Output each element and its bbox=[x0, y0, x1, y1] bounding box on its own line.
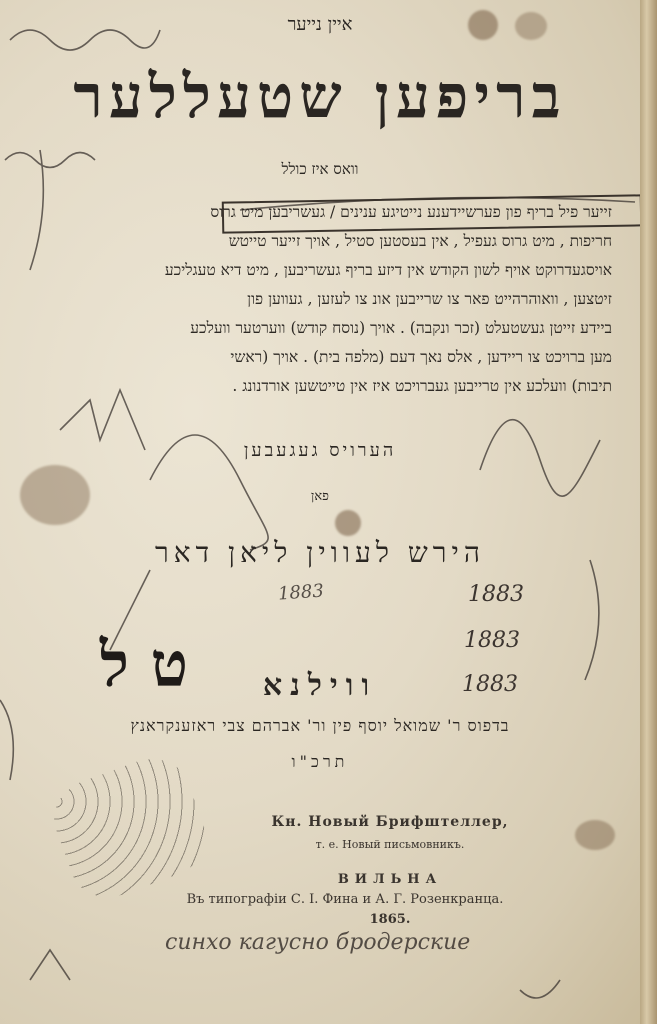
handwritten-year: 1883 bbox=[277, 580, 324, 604]
editor-label: הערויס געגעבען bbox=[0, 440, 640, 461]
header-small: איין נייער bbox=[0, 14, 640, 35]
handwritten-year: 1883 bbox=[464, 628, 520, 653]
russian-subtitle: т. е. Новый письмовникъ. bbox=[180, 838, 600, 851]
handwritten-cursive-russian: синхо кагусно бродерские bbox=[165, 930, 470, 955]
russian-press: Въ типографіи С. І. Фина и А. Г. Розенкр… bbox=[90, 892, 600, 907]
handwritten-year: 1883 bbox=[468, 582, 524, 607]
subtitle: וואס איז כולל bbox=[0, 160, 640, 179]
editor-prefix: פאן bbox=[0, 488, 640, 504]
author-name: הירש לעווין ליאן דאר bbox=[0, 536, 640, 570]
description-line: חריפות , מיט גרוס געפיל , אין בעסטען סטי… bbox=[28, 227, 612, 256]
russian-city: ВИЛЬНА bbox=[180, 872, 600, 887]
description-line: תיבות) וועלכע אין טרייבען געברויכט איז א… bbox=[28, 372, 612, 401]
description-line: ביידע זייטן געשטעלט (זכר ונקבה) . אויך (… bbox=[28, 314, 612, 343]
description-line: אויסגעדרוקט אויף לשון הקודש אין דיזע ברי… bbox=[28, 256, 612, 285]
title-page: איין נייער בריפען שטעללער וואס איז כולל … bbox=[0, 0, 640, 1024]
russian-year: 1865. bbox=[180, 912, 600, 927]
description-line: זייער פיל בריף פון פערשיידענע נייטיגע ענ… bbox=[28, 198, 612, 227]
hebrew-year: תרכ"ו bbox=[0, 752, 640, 772]
description-line: מען ברויכט צו ריידען , אלס נאך דעם (מלפה… bbox=[28, 343, 612, 372]
russian-title: Кн. Новый Брифштеллер, bbox=[180, 814, 600, 830]
page-edge bbox=[640, 0, 657, 1024]
description-block: זייער פיל בריף פון פערשיידענע נייטיגע ענ… bbox=[28, 198, 612, 401]
book-title: בריפען שטעללער bbox=[0, 62, 640, 132]
printer-line: בדפוס ר' שמואל יוסף פין ור' אברהם צבי רא… bbox=[0, 716, 640, 736]
city-hebrew: ווילנא bbox=[0, 668, 640, 703]
description-line: זיטצען , וואוהרהייט פאר צו שרייבען אונ צ… bbox=[28, 285, 612, 314]
